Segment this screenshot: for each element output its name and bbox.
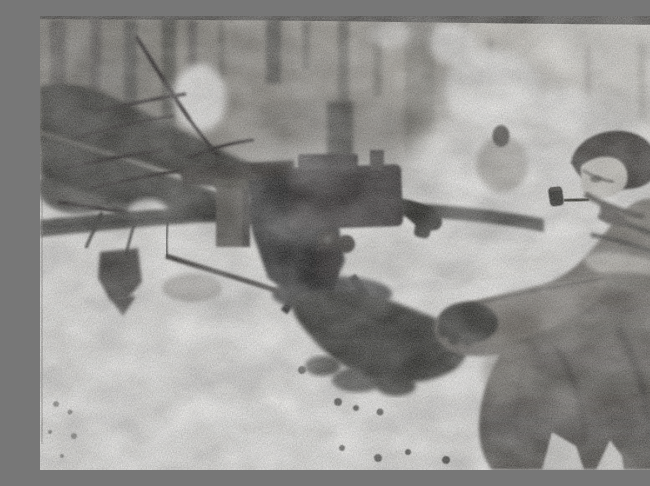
photograph [40, 16, 650, 470]
photo-canvas [40, 16, 650, 470]
film-grain-overlay [40, 16, 650, 470]
